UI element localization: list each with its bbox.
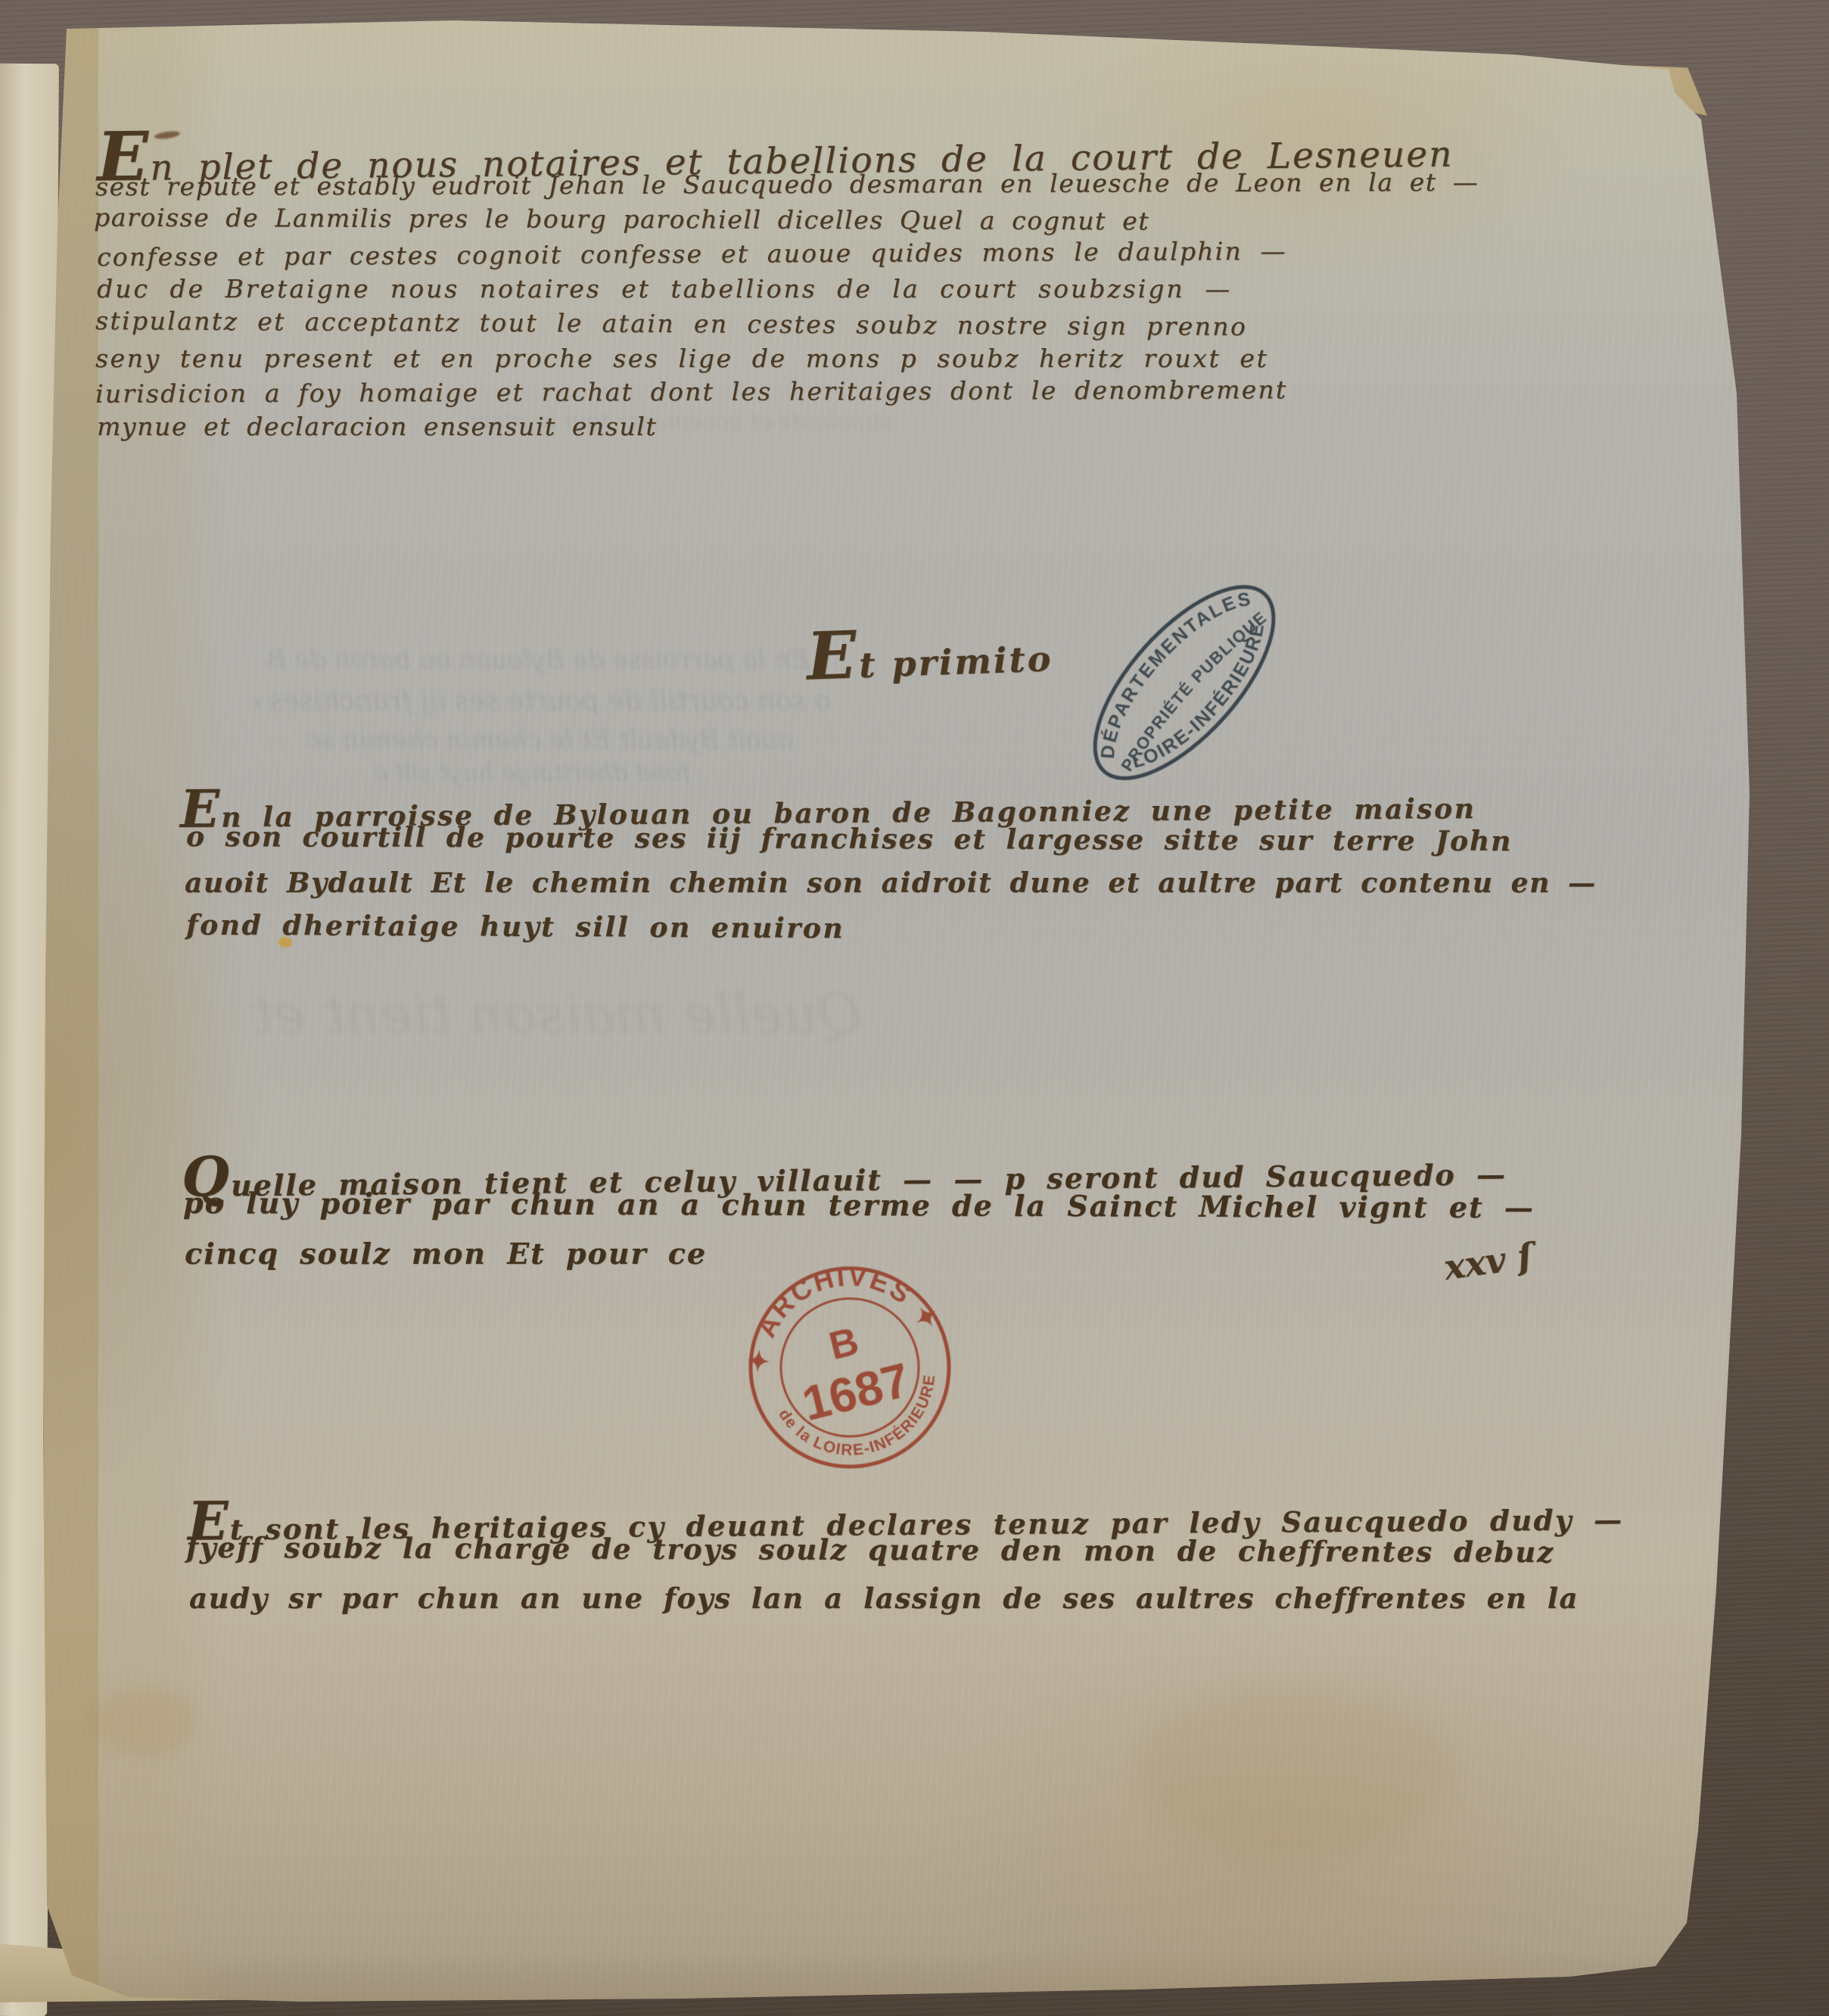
manuscript-line: stipulantz et acceptantz tout le atain e… (95, 306, 1247, 341)
round-stamp-series-letter: B (825, 1319, 863, 1368)
faint-stain (91, 1688, 197, 1756)
manuscript-line: seny tenu present et en proche ses lige … (95, 344, 1268, 373)
oval-archives-property-stamp: DÉPARTEMENTALES PROPRIÉTÉ PUBLIQUE LOIRE… (1058, 549, 1311, 816)
manuscript-line: paroisse de Lanmilis pres le bourg paroc… (94, 203, 1149, 236)
manuscript-line: confesse et par cestes cognoit confesse … (97, 236, 1287, 272)
manuscript-line: sest repute et estably eudroit Jehan le … (95, 167, 1479, 201)
ghost-text-line: auoit Bydault Et le chemin chemin son ai… (309, 725, 793, 755)
manuscript-line: iurisdicion a foy homaige et rachat dont… (95, 375, 1287, 408)
manuscript-line: auoit Bydault Et le chemin chemin son ai… (185, 867, 1597, 899)
faint-stain (1135, 1688, 1453, 1854)
manuscript-line: duc de Bretaigne nous notaires et tabell… (97, 274, 1232, 303)
ghost-text-line: o son courtill de pourte ses iij franchi… (256, 686, 831, 717)
parchment-page: En la parroisse de Bylouan ou baron de B… (0, 0, 1829, 2016)
manuscript-line: fyeff soubz la charge de troys soulz qua… (186, 1531, 1554, 1569)
round-stamp-number: 1687 (797, 1352, 915, 1431)
manuscript-line: o son courtill de pourte ses iij franchi… (186, 821, 1512, 857)
margin-amount-note: xxv ſ (1442, 1235, 1535, 1288)
manuscript-line: cincq soulz mon Et pour ce (185, 1237, 707, 1271)
oval-stamp-bottom-text: LOIRE-INFÉRIEURE (1122, 613, 1287, 790)
round-red-archives-stamp: ✦ ARCHIVES ✦ de la LOIRE-INFÉRIEURE B 16… (723, 1241, 976, 1494)
photo-of-manuscript-page: En la parroisse de Bylouan ou baron de B… (0, 0, 1829, 2016)
manuscript-line: fond dheritaige huyt sill on enuiron (186, 910, 845, 945)
svg-text:LOIRE-INFÉRIEURE: LOIRE-INFÉRIEURE (1122, 613, 1287, 790)
section-heading: Et primito (805, 610, 1053, 695)
manuscript-line: po luy poier par chun an a chun terme de… (183, 1186, 1535, 1224)
ghost-text-line: En la parroisse de Bylouan ou baron de B… (265, 645, 810, 675)
manuscript-line: audy sr par chun an une foys lan a lassi… (189, 1582, 1579, 1615)
manuscript-line: mynue et declaracion ensensuit ensult (97, 412, 657, 441)
ghost-text-large: Quelle maison tient et celuy villauit — … (242, 982, 863, 1046)
